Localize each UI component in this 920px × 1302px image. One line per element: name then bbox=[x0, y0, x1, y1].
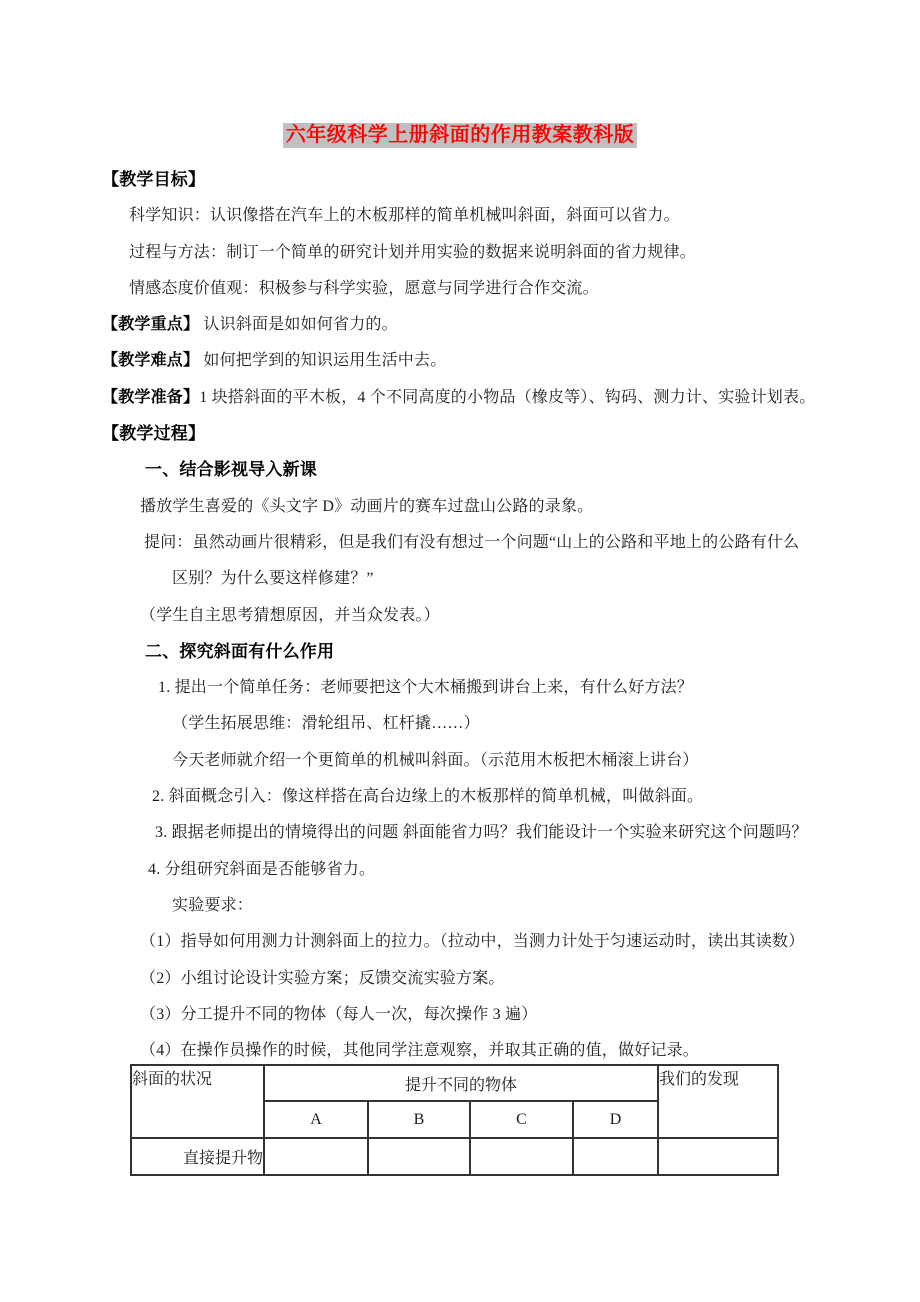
heading-teaching-objectives: 【教学目标】 bbox=[0, 162, 920, 198]
para-process-method: 过程与方法：制订一个简单的研究计划并用实验的数据来说明斜面的省力规律。 bbox=[0, 235, 920, 271]
text-segment: 情感态度价值观：积极参与科学实验，愿意与同学进行合作交流。 bbox=[129, 280, 599, 297]
heading-section-2: 二、探究斜面有什么作用 bbox=[0, 634, 920, 670]
para-students-guess: （学生自主思考猜想原因，并当众发表。） bbox=[0, 598, 920, 634]
table-subheader-a: A bbox=[264, 1101, 368, 1138]
table-header-slope-situation: 斜面的状况 bbox=[131, 1065, 264, 1138]
para-science-knowledge: 科学知识：认识像搭在汽车上的木板那样的简单机械叫斜面，斜面可以省力。 bbox=[0, 198, 920, 234]
text-segment: 认识斜面是如如何省力的。 bbox=[199, 316, 398, 333]
heading-teaching-process: 【教学过程】 bbox=[0, 416, 920, 452]
text-segment: 3. 跟据老师提出的情境得出的问题 斜面能省力吗？我们能设计一个实验来研究这个问… bbox=[155, 824, 808, 841]
text-segment: 实验要求： bbox=[172, 897, 253, 914]
para-exp-requirements: 实验要求： bbox=[0, 888, 920, 924]
para-teaching-focus: 【教学重点】 认识斜面是如如何省力的。 bbox=[0, 307, 920, 343]
para-teaching-preparation: 【教学准备】1 块搭斜面的平木板，4 个不同高度的小物品（橡皮等）、钩码、测力计… bbox=[0, 380, 920, 416]
para-req-3: （3）分工提升不同的物体（每人一次，每次操作 3 遍） bbox=[0, 997, 920, 1033]
document-page: 六年级科学上册斜面的作用教案教科版 【教学目标】科学知识：认识像搭在汽车上的木板… bbox=[0, 0, 920, 1302]
text-segment: 播放学生喜爱的《头文字 D》动画片的赛车过盘山公路的录象。 bbox=[140, 498, 593, 515]
text-segment: 4. 分组研究斜面是否能够省力。 bbox=[148, 861, 375, 878]
para-req-1: （1）指导如何用测力计测斜面上的拉力。（拉动中，当测力计处于匀速运动时，读出其读… bbox=[0, 924, 920, 960]
para-question-line2: 区别？为什么要这样修建？” bbox=[0, 561, 920, 597]
label-segment: 【教学准备】 bbox=[102, 389, 199, 406]
cell-empty-d bbox=[573, 1138, 658, 1175]
text-segment: （4）在操作员操作的时候，其他同学注意观察，并取其正确的值，做好记录。 bbox=[140, 1042, 699, 1059]
text-segment: 科学知识：认识像搭在汽车上的木板那样的简单机械叫斜面，斜面可以省力。 bbox=[129, 207, 680, 224]
text-segment: （2）小组讨论设计实验方案；反馈交流实验方案。 bbox=[140, 970, 505, 987]
para-question-line1: 提问：虽然动画片很精彩，但是我们有没有想过一个问题“山上的公路和平地上的公路有什… bbox=[0, 525, 920, 561]
document-title: 六年级科学上册斜面的作用教案教科版 bbox=[283, 123, 638, 148]
text-segment: 1. 提出一个简单任务：老师要把这个大木桶搬到讲台上来，有什么好方法？ bbox=[158, 679, 693, 696]
para-group-4: 4. 分组研究斜面是否能够省力。 bbox=[0, 852, 920, 888]
label-segment: 【教学重点】 bbox=[102, 316, 199, 333]
text-segment: （3）分工提升不同的物体（每人一次，每次操作 3 遍） bbox=[140, 1006, 537, 1023]
text-segment: （1）指导如何用测力计测斜面上的拉力。（拉动中，当测力计处于匀速运动时，读出其读… bbox=[140, 933, 804, 950]
text-segment: 2. 斜面概念引入：像这样搭在高台边缘上的木板那样的简单机械，叫做斜面。 bbox=[152, 788, 703, 805]
label-segment: 一、结合影视导入新课 bbox=[145, 460, 317, 479]
text-segment: 提问：虽然动画片很精彩，但是我们有没有想过一个问题“山上的公路和平地上的公路有什… bbox=[144, 534, 799, 551]
para-question-3: 3. 跟据老师提出的情境得出的问题 斜面能省力吗？我们能设计一个实验来研究这个问… bbox=[0, 815, 920, 851]
para-teaching-difficulty: 【教学难点】 如何把学到的知识运用生活中去。 bbox=[0, 343, 920, 379]
para-teacher-intro: 今天老师就介绍一个更简单的机械叫斜面。（示范用木板把木桶滚上讲台） bbox=[0, 743, 920, 779]
table-header-our-findings: 我们的发现 bbox=[658, 1065, 778, 1138]
label-segment: 二、探究斜面有什么作用 bbox=[145, 642, 334, 661]
paragraph-list: 【教学目标】科学知识：认识像搭在汽车上的木板那样的简单机械叫斜面，斜面可以省力。… bbox=[0, 162, 920, 1069]
para-concept-2: 2. 斜面概念引入：像这样搭在高台边缘上的木板那样的简单机械，叫做斜面。 bbox=[0, 779, 920, 815]
table-subheader-c: C bbox=[470, 1101, 573, 1138]
table-data-row: 直接提升物 bbox=[131, 1138, 778, 1175]
text-segment: 今天老师就介绍一个更简单的机械叫斜面。（示范用木板把木桶滚上讲台） bbox=[172, 752, 699, 769]
label-segment: 【教学难点】 bbox=[102, 352, 199, 369]
text-segment: 1 块搭斜面的平木板，4 个不同高度的小物品（橡皮等）、钩码、测力计、实验计划表… bbox=[199, 389, 815, 406]
cell-empty-findings bbox=[658, 1138, 778, 1175]
text-segment: 过程与方法：制订一个简单的研究计划并用实验的数据来说明斜面的省力规律。 bbox=[129, 244, 696, 261]
table-subheader-d: D bbox=[573, 1101, 658, 1138]
para-req-2: （2）小组讨论设计实验方案；反馈交流实验方案。 bbox=[0, 961, 920, 997]
cell-empty-a bbox=[264, 1138, 368, 1175]
cell-empty-b bbox=[368, 1138, 470, 1175]
text-segment: 区别？为什么要这样修建？” bbox=[172, 570, 374, 587]
label-segment: 【教学目标】 bbox=[102, 170, 205, 189]
table-header-lift-objects: 提升不同的物体 bbox=[264, 1065, 658, 1101]
heading-section-1: 一、结合影视导入新课 bbox=[0, 452, 920, 488]
para-task-1: 1. 提出一个简单任务：老师要把这个大木桶搬到讲台上来，有什么好方法？ bbox=[0, 670, 920, 706]
experiment-record-table: 斜面的状况 提升不同的物体 我们的发现 A B C D 直接提升物 bbox=[130, 1064, 779, 1176]
para-students-thinking: （学生拓展思维：滑轮组吊、杠杆撬……） bbox=[0, 706, 920, 742]
cell-empty-c bbox=[470, 1138, 573, 1175]
text-segment: （学生拓展思维：滑轮组吊、杠杆撬……） bbox=[172, 715, 480, 732]
row-label-direct-lift: 直接提升物 bbox=[131, 1138, 264, 1175]
label-segment: 【教学过程】 bbox=[102, 424, 205, 443]
table-subheader-b: B bbox=[368, 1101, 470, 1138]
text-segment: （学生自主思考猜想原因，并当众发表。） bbox=[140, 607, 440, 624]
para-play-video: 播放学生喜爱的《头文字 D》动画片的赛车过盘山公路的录象。 bbox=[0, 489, 920, 525]
para-emotion-values: 情感态度价值观：积极参与科学实验，愿意与同学进行合作交流。 bbox=[0, 271, 920, 307]
text-segment: 如何把学到的知识运用生活中去。 bbox=[199, 352, 446, 369]
title-row: 六年级科学上册斜面的作用教案教科版 bbox=[0, 123, 920, 148]
table-header-row-1: 斜面的状况 提升不同的物体 我们的发现 bbox=[131, 1065, 778, 1101]
